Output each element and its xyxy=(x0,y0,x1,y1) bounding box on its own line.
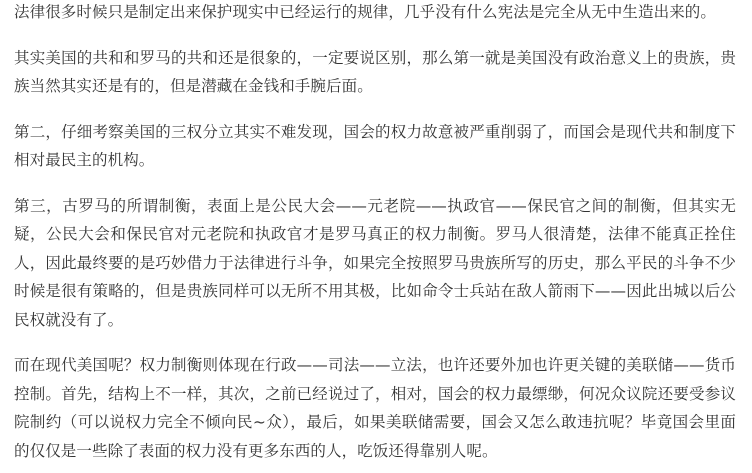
paragraph-2: 其实美国的共和和罗马的共和还是很象的，一定要说区别，那么第一就是美国没有政治意义… xyxy=(14,44,736,101)
paragraph-4: 第三，古罗马的所谓制衡，表面上是公民大会——元老院——执政官——保民官之间的制衡… xyxy=(14,192,736,335)
paragraph-5: 而在现代美国呢？权力制衡则体现在行政——司法——立法，也许还要外加也许更关键的美… xyxy=(14,351,736,465)
paragraph-1: 法律很多时候只是制定出来保护现实中已经运行的规律，几乎没有什么宪法是完全从无中生… xyxy=(14,0,736,27)
article-body: 法律很多时候只是制定出来保护现实中已经运行的规律，几乎没有什么宪法是完全从无中生… xyxy=(0,0,752,465)
paragraph-3: 第二，仔细考察美国的三权分立其实不难发现，国会的权力故意被严重削弱了，而国会是现… xyxy=(14,118,736,175)
